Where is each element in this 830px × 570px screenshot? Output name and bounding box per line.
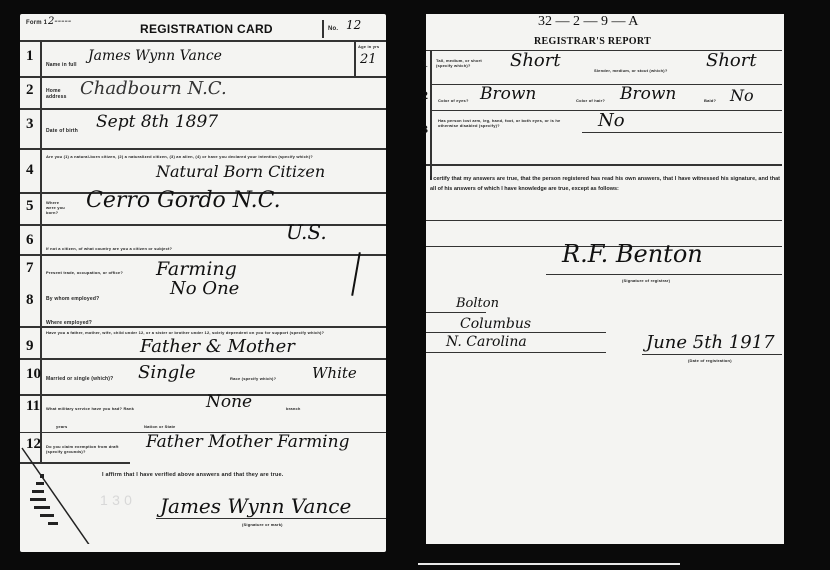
divider xyxy=(426,332,606,333)
field-number: 1 xyxy=(26,48,34,65)
field-label-build: Slender, medium, or stout (which)? xyxy=(594,68,667,73)
divider xyxy=(20,108,386,110)
field-label-race: Race (specify which)? xyxy=(230,376,276,381)
field-label-nation: Nation or State xyxy=(144,424,175,429)
form-scribble: 2----- xyxy=(48,16,71,27)
form-label: Form 1 xyxy=(26,20,47,26)
divider xyxy=(322,20,324,38)
field-value-disability: No xyxy=(598,110,625,131)
divider xyxy=(582,132,782,133)
field-number: 9 xyxy=(26,338,34,355)
field-label-hair: Color of hair? xyxy=(576,98,605,103)
registrant-signature: James Wynn Vance xyxy=(160,494,351,518)
divider xyxy=(426,164,782,166)
state: N. Carolina xyxy=(446,334,527,350)
field-value-build: Short xyxy=(706,50,757,71)
signature-line xyxy=(156,518,386,519)
divider xyxy=(426,220,782,221)
field-value-name: James Wynn Vance xyxy=(88,48,222,64)
field-label-birthplace: Where were you born? xyxy=(46,200,66,215)
age-label: Age in yrs xyxy=(358,44,379,49)
faint-stamp: 1 3 0 xyxy=(100,492,132,508)
report-title: REGISTRAR'S REPORT xyxy=(534,36,651,47)
corner-cut-icon xyxy=(20,444,100,544)
divider xyxy=(40,40,42,464)
divider xyxy=(20,326,386,328)
signature-caption: (Signature or mark) xyxy=(242,522,283,527)
field-value-marital: Single xyxy=(138,362,196,383)
field-number: 3 xyxy=(26,116,34,133)
field-value-eyes: Brown xyxy=(480,84,536,104)
divider xyxy=(20,148,386,150)
field-number: 3 xyxy=(422,122,428,137)
registrar-caption: (Signature of registrar) xyxy=(622,278,670,283)
field-label-height: Tall, medium, or short (specify which)? xyxy=(436,58,491,68)
field-label-bald: Bald? xyxy=(704,98,716,103)
date-caption: (Date of registration) xyxy=(688,358,732,363)
field-value-birthplace: Cerro Gordo N.C. xyxy=(86,188,281,213)
divider xyxy=(20,394,386,396)
field-value-bald: No xyxy=(730,86,754,105)
divider xyxy=(430,50,432,180)
number-value: 12 xyxy=(346,18,361,32)
field-number: 1 xyxy=(422,56,428,71)
registrars-report-card: 32 — 2 — 9 — A REGISTRAR'S REPORT 1 Tall… xyxy=(426,14,784,544)
divider xyxy=(20,358,386,360)
precinct: Bolton xyxy=(456,296,499,311)
field-label-employer: By whom employed? xyxy=(46,296,99,302)
field-label-birth: Date of birth xyxy=(46,128,78,134)
field-label-dependents: Have you a father, mother, wife, child u… xyxy=(46,330,324,335)
divider xyxy=(426,352,606,353)
field-label-marital: Married or single (which)? xyxy=(46,376,113,382)
divider xyxy=(20,224,386,226)
date-line xyxy=(642,354,782,355)
field-value-home: Chadbourn N.C. xyxy=(80,78,227,99)
field-value-exemption: Father Mother Farming xyxy=(146,432,349,452)
number-label: No. xyxy=(328,26,338,32)
field-label-home: Home address xyxy=(46,88,68,100)
field-number: 2 xyxy=(26,82,34,99)
field-label-branch: branch xyxy=(286,406,301,411)
field-value-citizenship: Natural Born Citizen xyxy=(156,162,325,181)
card-title: REGISTRATION CARD xyxy=(140,22,273,36)
field-value-birth: Sept 8th 1897 xyxy=(96,112,218,132)
stroke-mark xyxy=(351,252,361,296)
field-value-occupation: Farming xyxy=(156,258,237,280)
field-number: 11 xyxy=(26,398,40,415)
field-number: 6 xyxy=(26,232,34,249)
registration-card: Form 1 2----- REGISTRATION CARD No. 12 1… xyxy=(20,14,386,552)
divider xyxy=(20,40,386,42)
city-county: Columbus xyxy=(460,316,531,332)
field-number: 4 xyxy=(26,162,34,179)
field-number: 7 xyxy=(26,260,34,277)
field-label-years: years xyxy=(56,424,67,429)
divider xyxy=(426,312,486,313)
field-value-hair: Brown xyxy=(620,84,676,104)
serial-number: 32 — 2 — 9 — A xyxy=(538,14,638,30)
field-value-dependents: Father & Mother xyxy=(140,336,295,357)
field-value-citizen-of: U.S. xyxy=(286,220,327,244)
field-label-military: What military service have you had? Rank xyxy=(46,406,134,411)
field-number: 5 xyxy=(26,198,34,215)
signature-line xyxy=(546,274,782,275)
field-value-employer: No One xyxy=(170,278,239,299)
field-value-height: Short xyxy=(510,50,561,71)
field-label-citizenship: Are you (1) a natural-born citizen, (2) … xyxy=(46,154,313,159)
certification-text: I certify that my answers are true, that… xyxy=(430,174,780,194)
field-label-eyes: Color of eyes? xyxy=(438,98,469,103)
field-number: 8 xyxy=(26,292,34,309)
age-value: 21 xyxy=(360,52,377,67)
field-label-occupation: Present trade, occupation, or office? xyxy=(46,270,126,275)
affirmation-text: I affirm that I have verified above answ… xyxy=(102,472,284,478)
field-label-citizen-of: If not a citizen, of what country are yo… xyxy=(46,246,172,251)
divider xyxy=(20,254,386,256)
registration-date: June 5th 1917 xyxy=(646,332,775,353)
field-number: 10 xyxy=(26,366,41,383)
field-label-disability: Has person lost arm, leg, hand, foot, or… xyxy=(438,118,578,128)
field-value-military: None xyxy=(206,392,252,412)
divider xyxy=(354,40,356,76)
registrar-signature: R.F. Benton xyxy=(562,240,703,268)
field-number: 2 xyxy=(422,88,428,103)
scan-edge-line xyxy=(418,563,680,565)
field-value-race: White xyxy=(312,364,357,382)
field-label-name: Name in full xyxy=(46,62,77,68)
